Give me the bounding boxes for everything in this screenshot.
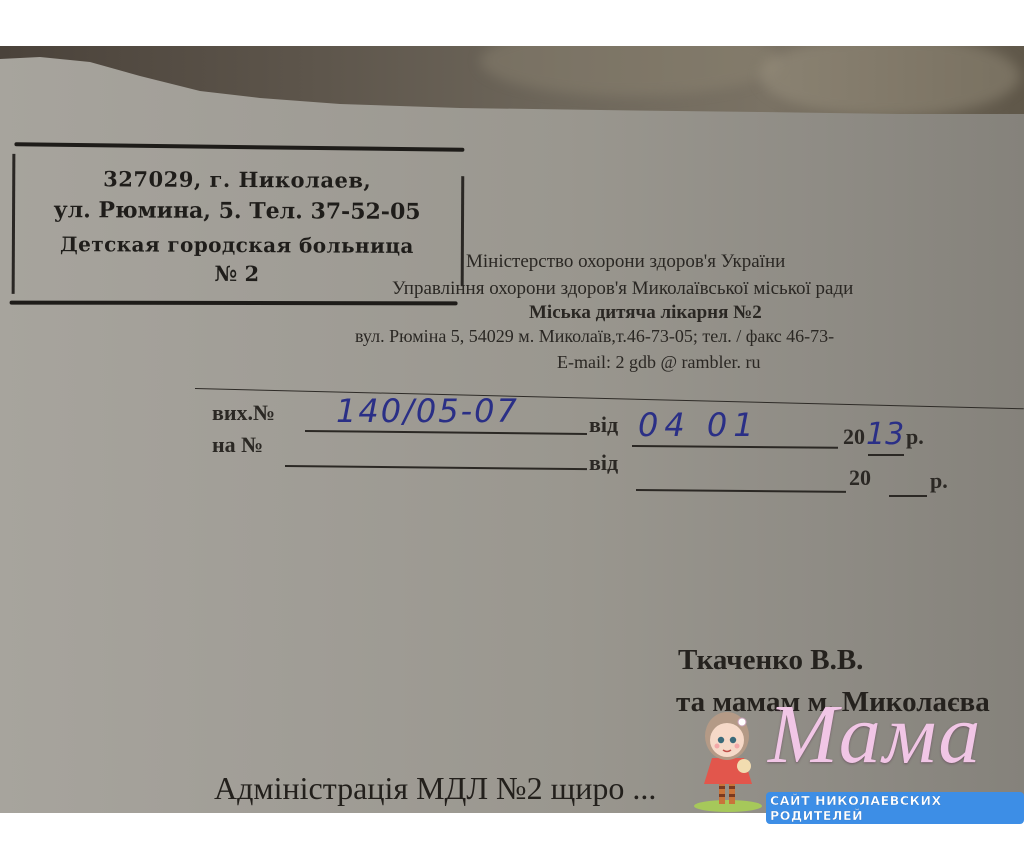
- letterhead-hospital: Міська дитяча лікарня №2: [529, 302, 762, 324]
- outgoing-number-value: 140/05-07: [336, 392, 519, 430]
- reply-year-underline: [889, 495, 927, 497]
- letterhead-ministry: Міністерство охорони здоров'я України: [466, 251, 785, 273]
- outgoing-year-underline: [868, 454, 904, 456]
- site-watermark: Мама САЙТ НИКОЛАЕВСКИХ РОДИТЕЛЕЙ: [690, 700, 1024, 816]
- letterhead-email: E-mail: 2 gdb @ rambler. ru: [557, 352, 761, 373]
- stamp-street-phone: ул. Рюмина, 5. Тел. 37-52-05: [6, 197, 468, 225]
- cloth-fold: [760, 46, 1020, 116]
- outgoing-date-value: 04 01: [638, 406, 760, 444]
- letterhead-address: вул. Рюміна 5, 54029 м. Миколаїв,т.46-73…: [355, 326, 834, 347]
- stamp-border-bottom: [10, 301, 458, 306]
- addressee-name: Ткаченко В.В.: [678, 644, 863, 677]
- outgoing-year-suffix: р.: [906, 424, 924, 450]
- outgoing-year-value: 13: [866, 417, 904, 452]
- girl-with-doll-icon: [690, 708, 768, 812]
- reply-number-label: на №: [212, 432, 263, 458]
- letter-body-first-line: Адміністрація МДЛ №2 щиро ...: [214, 770, 656, 807]
- outgoing-from-label-1: від: [589, 412, 618, 438]
- reply-from-label-2: від: [589, 450, 618, 476]
- outgoing-number-label: вих.№: [212, 400, 275, 426]
- cloth-fold: [480, 46, 780, 96]
- watermark-subtitle: САЙТ НИКОЛАЕВСКИХ РОДИТЕЛЕЙ: [766, 792, 1024, 824]
- stamp-postal-city: 327029, г. Николаев,: [6, 166, 468, 193]
- watermark-title: Мама: [768, 686, 982, 783]
- stamp-hospital-name: Детская городская больница: [6, 232, 468, 258]
- letterhead-department: Управління охорони здоров'я Миколаївсько…: [392, 278, 853, 300]
- outgoing-year-prefix: 20: [843, 424, 865, 450]
- reply-year-prefix: 20: [849, 465, 871, 491]
- reply-year-suffix: р.: [930, 468, 948, 494]
